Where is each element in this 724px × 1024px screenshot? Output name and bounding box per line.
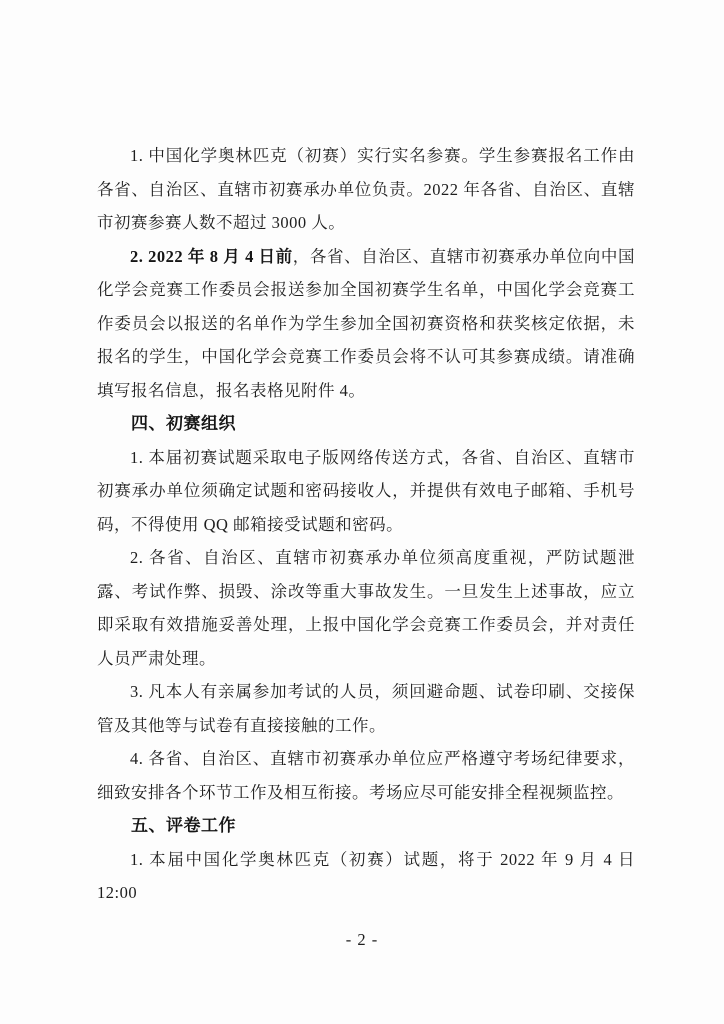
section4-item-4: 4. 各省、自治区、直辖市初赛承办单位应严格遵守考场纪律要求，细致安排各个环节工… [97, 742, 635, 809]
section4-item-2: 2. 各省、自治区、直辖市初赛承办单位须高度重视，严防试题泄露、考试作弊、损毁、… [97, 541, 635, 675]
section4-item-3: 3. 凡本人有亲属参加考试的人员，须回避命题、试卷印刷、交接保管及其他等与试卷有… [97, 675, 635, 742]
section3-item-1: 1. 中国化学奥林匹克（初赛）实行实名参赛。学生参赛报名工作由各省、自治区、直辖… [97, 139, 635, 240]
document-page: 1. 中国化学奥林匹克（初赛）实行实名参赛。学生参赛报名工作由各省、自治区、直辖… [0, 0, 724, 1024]
section4-item-1: 1. 本届初赛试题采取电子版网络传送方式，各省、自治区、直辖市初赛承办单位须确定… [97, 441, 635, 542]
section4-heading: 四、初赛组织 [97, 407, 635, 441]
section5-heading: 五、评卷工作 [97, 809, 635, 843]
document-body: 1. 中国化学奥林匹克（初赛）实行实名参赛。学生参赛报名工作由各省、自治区、直辖… [97, 139, 635, 910]
page-number: - 2 - [0, 923, 724, 956]
deadline-bold-text: 2. 2022 年 8 月 4 日前 [130, 247, 293, 266]
section3-item-2: 2. 2022 年 8 月 4 日前，各省、自治区、直辖市初赛承办单位向中国化学… [97, 240, 635, 408]
section3-item-2-rest: ，各省、自治区、直辖市初赛承办单位向中国化学会竞赛工作委员会报送参加全国初赛学生… [97, 247, 635, 400]
section5-item-1: 1. 本届中国化学奥林匹克（初赛）试题，将于 2022 年 9 月 4 日 12… [97, 843, 635, 910]
